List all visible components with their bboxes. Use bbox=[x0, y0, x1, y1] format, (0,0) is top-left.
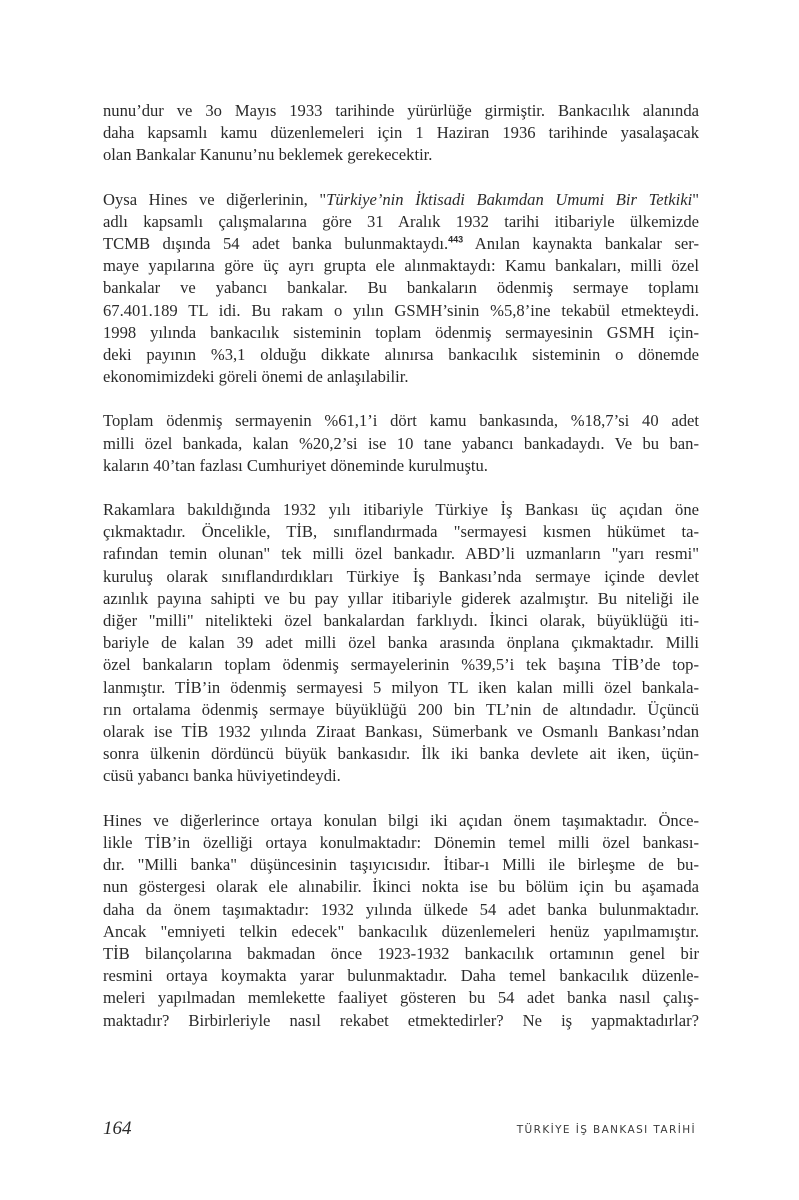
text-line: kuruluş olarak sınıflandırdıkları Türkiy… bbox=[103, 566, 699, 588]
text-line: olan Bankalar Kanunu’nu beklemek gerekec… bbox=[103, 144, 699, 166]
text-line: meleri yapılmadan memlekette faaliyet gö… bbox=[103, 987, 699, 1009]
paragraph-3: Toplam ödenmiş sermayenin %61,1’i dört k… bbox=[103, 410, 699, 477]
text-line: Hines ve diğerlerince ortaya konulan bil… bbox=[103, 810, 699, 832]
text-line: Rakamlara bakıldığında 1932 yılı itibari… bbox=[103, 499, 699, 521]
paragraph-4: Rakamlara bakıldığında 1932 yılı itibari… bbox=[103, 499, 699, 788]
text-line: 67.401.189 TL idi. Bu rakam o yılın GSMH… bbox=[103, 300, 699, 322]
text-line: sonra ülkenin dördüncü büyük bankasıdır.… bbox=[103, 743, 699, 765]
text-line: bankalar ve yabancı bankalar. Bu bankala… bbox=[103, 277, 699, 299]
text-run: Anılan kaynakta bankalar ser- bbox=[463, 234, 699, 253]
text-line: lanmıştır. TİB’in ödenmiş sermayesi 5 mi… bbox=[103, 677, 699, 699]
footnote-reference[interactable]: 443 bbox=[448, 234, 463, 244]
text-line: deki payının %3,1 olduğu dikkate alınırs… bbox=[103, 344, 699, 366]
text-line: Ancak "emniyeti telkin edecek" bankacılı… bbox=[103, 921, 699, 943]
text-line: rafından temin olunan" tek milli özel ba… bbox=[103, 543, 699, 565]
text-line: daha da önem taşımaktadır: 1932 yılında … bbox=[103, 899, 699, 921]
text-line: likle TİB’in özelliği ortaya konulmaktad… bbox=[103, 832, 699, 854]
text-line: maktadır? Birbirleriyle nasıl rekabet et… bbox=[103, 1010, 699, 1032]
text-line: adlı kapsamlı çalışmalarına göre 31 Aral… bbox=[103, 211, 699, 233]
text-line: 1998 yılında bankacılık sisteminin topla… bbox=[103, 322, 699, 344]
text-run: TCMB dışında 54 adet banka bulunmaktaydı… bbox=[103, 234, 448, 253]
text-line: olarak ise TİB 1932 yılında Ziraat Banka… bbox=[103, 721, 699, 743]
paragraph-2: Oysa Hines ve diğerlerinin, "Türkiye’nin… bbox=[103, 189, 699, 389]
text-line: Toplam ödenmiş sermayenin %61,1’i dört k… bbox=[103, 410, 699, 432]
page-number: 164 bbox=[103, 1118, 132, 1140]
text-line: cüsü yabancı banka hüviyetindeydi. bbox=[103, 765, 699, 787]
text-line: nunu’dur ve 3o Mayıs 1933 tarihinde yürü… bbox=[103, 100, 699, 122]
text-line: daha kapsamlı kamu düzenlemeleri için 1 … bbox=[103, 122, 699, 144]
text-line: bariyle de kalan 39 adet milli özel bank… bbox=[103, 632, 699, 654]
text-line: ekonomimizdeki göreli önemi de anlaşılab… bbox=[103, 366, 699, 388]
text-line: TİB bilançolarına bakmadan önce 1923-193… bbox=[103, 943, 699, 965]
paragraph-5: Hines ve diğerlerince ortaya konulan bil… bbox=[103, 810, 699, 1032]
text-line: nun göstergesi olarak ele alınabilir. İk… bbox=[103, 876, 699, 898]
text-line: maye yapılarına göre üç ayrı grupta ele … bbox=[103, 255, 699, 277]
running-title: TÜRKİYE İŞ BANKASI TARİHİ bbox=[517, 1124, 696, 1136]
text-line: azınlık payına sahipti ve bu pay yıllar … bbox=[103, 588, 699, 610]
book-title: Türkiye’nin İktisadi Bakımdan Umumi Bir … bbox=[326, 190, 692, 209]
text-line: milli özel bankada, kalan %20,2’si ise 1… bbox=[103, 433, 699, 455]
text-line: Oysa Hines ve diğerlerinin, "Türkiye’nin… bbox=[103, 189, 699, 211]
text-run: " bbox=[692, 190, 699, 209]
text-line: çıkmaktadır. Öncelikle, TİB, sınıflandır… bbox=[103, 521, 699, 543]
text-line: özel bankaların toplam ödenmiş sermayele… bbox=[103, 654, 699, 676]
text-run: Oysa Hines ve diğerlerinin, " bbox=[103, 190, 326, 209]
text-line: dır. "Milli banka" düşüncesinin taşıyıcı… bbox=[103, 854, 699, 876]
text-line: resmini ortaya koymakta yarar bulunmakta… bbox=[103, 965, 699, 987]
text-line: TCMB dışında 54 adet banka bulunmaktaydı… bbox=[103, 233, 699, 255]
text-line: kaların 40’tan fazlası Cumhuriyet dönemi… bbox=[103, 455, 699, 477]
text-line: rın ortalama ödenmiş sermaye büyüklüğü 2… bbox=[103, 699, 699, 721]
text-line: diğer "milli" nitelikteki özel bankalard… bbox=[103, 610, 699, 632]
page-body: nunu’dur ve 3o Mayıs 1933 tarihinde yürü… bbox=[103, 100, 699, 1054]
paragraph-1: nunu’dur ve 3o Mayıs 1933 tarihinde yürü… bbox=[103, 100, 699, 167]
